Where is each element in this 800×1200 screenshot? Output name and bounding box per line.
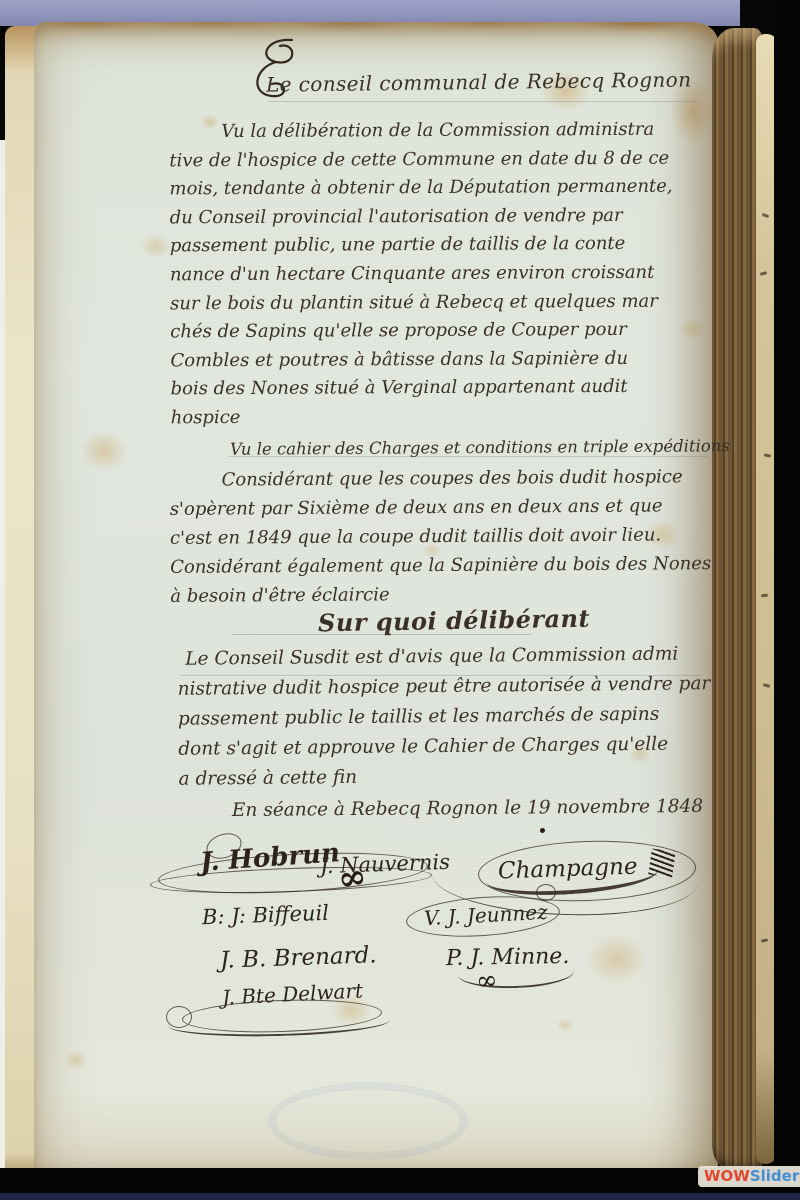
photo-of-manuscript-page: Le conseil communal de Rebecq Rognon Vu … xyxy=(0,0,800,1200)
manuscript-line: Combles et poutres à bâtisse dans la Sap… xyxy=(170,347,673,378)
manuscript-line: bois des Nones situé à Verginal apparten… xyxy=(171,376,674,407)
manuscript-line: passement public, une partie de taillis … xyxy=(170,233,673,264)
session-date-line: En séance à Rebecq Rognon le 19 novembre… xyxy=(232,796,703,821)
minne-ink-loop: ∞ xyxy=(474,965,499,997)
manuscript-text: Le conseil communal de Rebecq Rognon Vu … xyxy=(0,0,800,1200)
ink-dot xyxy=(540,828,545,833)
manuscript-line: nance d'un hectare Cinquante ares enviro… xyxy=(170,262,673,293)
manuscript-line: s'opèrent par Sixième de deux ans en deu… xyxy=(170,495,711,528)
signature-brenard: J. B. Brenard. xyxy=(220,942,377,973)
manuscript-line: c'est en 1849 que la coupe dudit taillis… xyxy=(170,524,711,557)
paragraph-avis: Le Conseil Susdit est d'avis que la Comm… xyxy=(177,643,711,799)
delwart-spiral xyxy=(166,1006,192,1028)
watermark-wow-text: WOW xyxy=(704,1167,750,1185)
manuscript-line: Vu la délibération de la Commission admi… xyxy=(169,119,672,150)
manuscript-line: a dressé à cette fin xyxy=(178,763,711,799)
document-title-line: Le conseil communal de Rebecq Rognon xyxy=(266,67,692,96)
paragraph-deliberation: Vu la délibération de la Commission admi… xyxy=(169,119,674,436)
manuscript-line: chés de Sapins qu'elle se propose de Cou… xyxy=(170,319,673,350)
manuscript-line: tive de l'hospice de cette Commune en da… xyxy=(169,147,672,178)
manuscript-line: sur le bois du plantin situé à Rebecq et… xyxy=(170,290,673,321)
signature-biffeuil: B: J: Biffeuil xyxy=(202,901,330,929)
manuscript-line: Considérant que les coupes des bois dudi… xyxy=(170,466,711,499)
manuscript-line: mois, tendante à obtenir de la Députatio… xyxy=(169,176,672,207)
section-heading-deliberant: Sur quoi délibérant xyxy=(318,604,591,638)
paragraph-considerant: Considérant que les coupes des bois dudi… xyxy=(170,466,712,615)
paragraph-cahier-charges: Vu le cahier des Charges et conditions e… xyxy=(230,436,730,458)
manuscript-line: du Conseil provincial l'autorisation de … xyxy=(170,204,673,235)
wowslider-watermark[interactable]: WOWSlider xyxy=(698,1166,800,1187)
manuscript-line: hospice xyxy=(171,405,674,436)
watermark-slider-text: Slider xyxy=(750,1167,799,1185)
manuscript-line: Considérant également que la Sapinière d… xyxy=(170,553,711,586)
